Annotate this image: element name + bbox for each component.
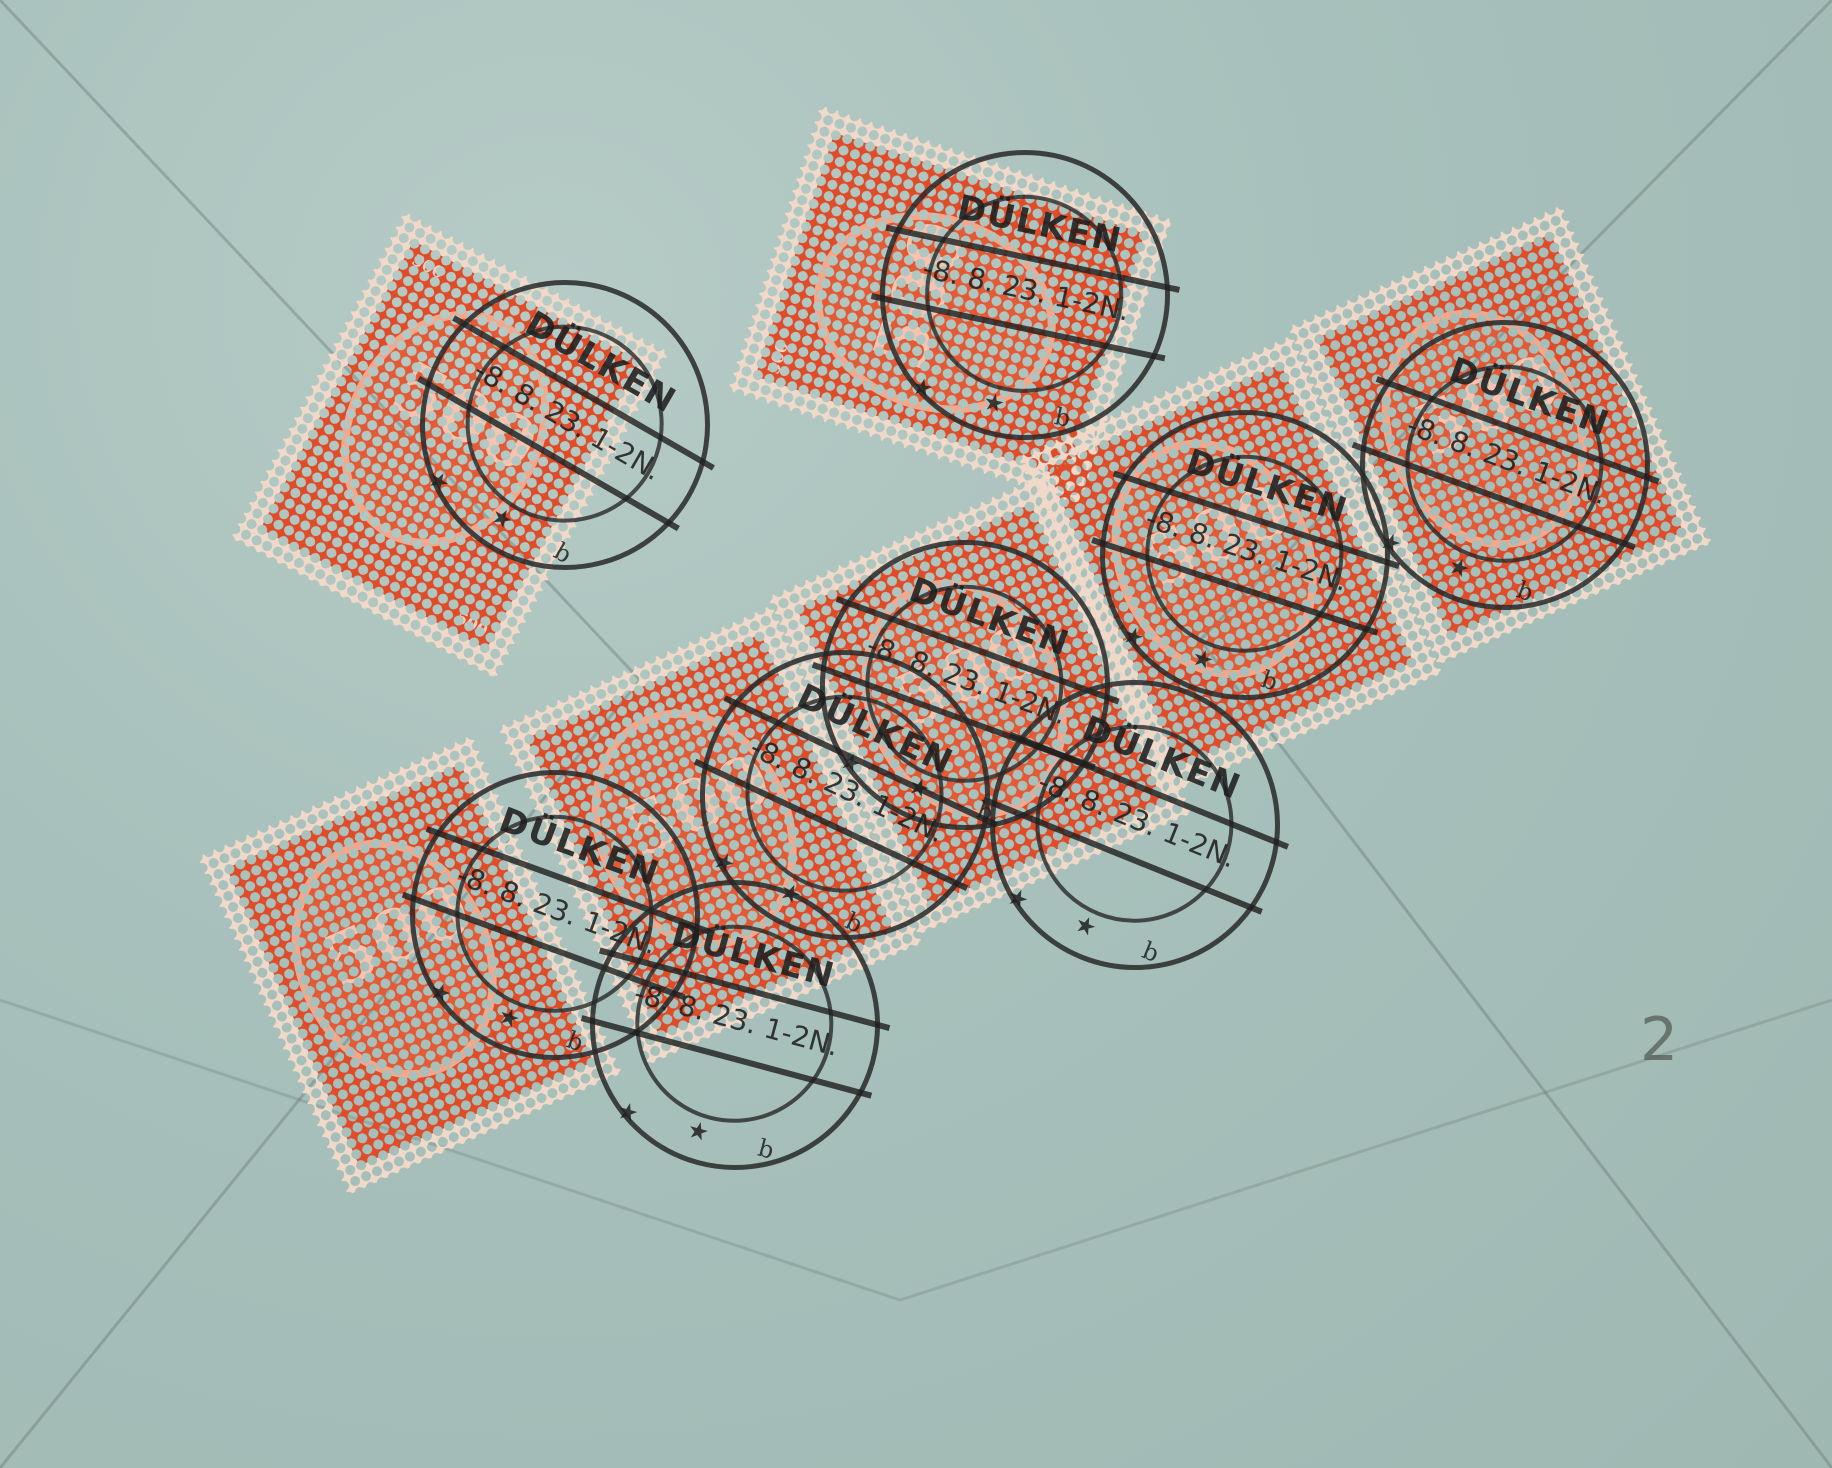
pencil-mark: 2 [1640, 1005, 1678, 1075]
